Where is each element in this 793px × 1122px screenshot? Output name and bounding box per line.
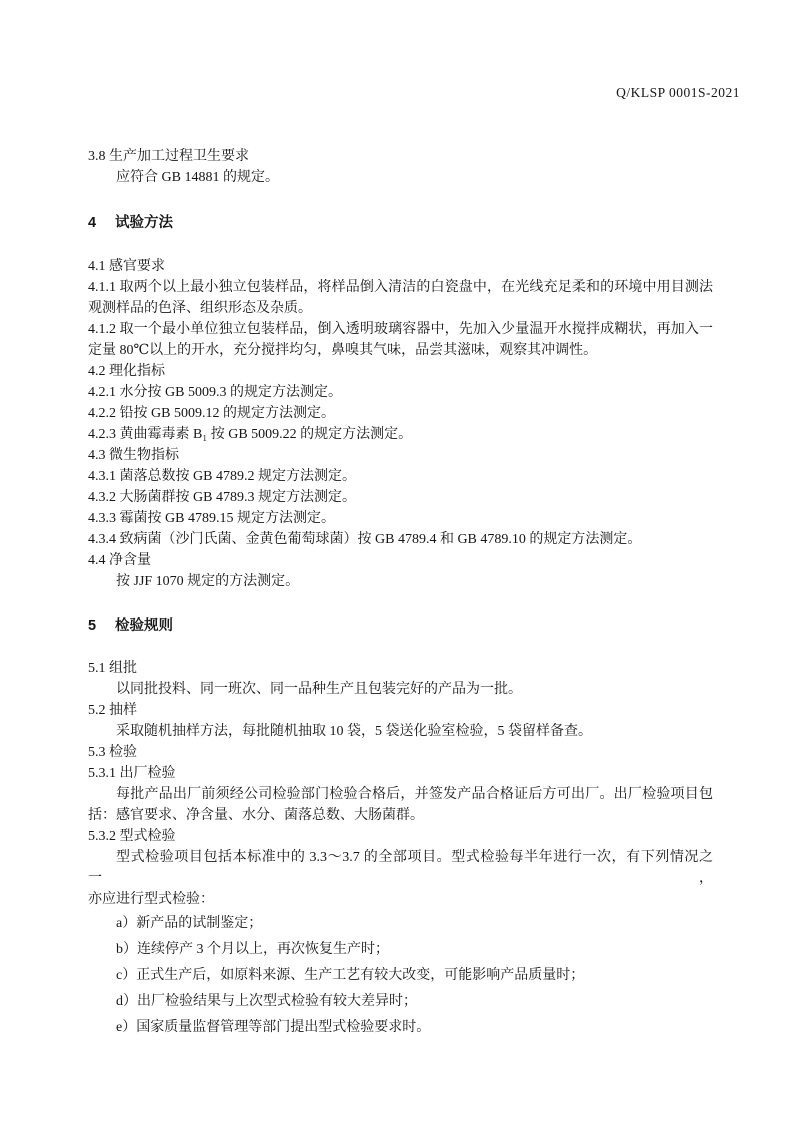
doc-line: 4.1.2 取一个最小单位独立包装样品，倒入透明玻璃容器中，先加入少量温开水搅拌… [88,319,713,340]
doc-line: 型式检验项目包括本标准中的 3.3～3.7 的全部项目。型式检验每半年进行一次，… [88,847,713,889]
section-5-heading: 5检验规则 [88,616,713,637]
clause-3-8-heading: 3.8 生产加工过程卫生要求 [88,146,713,167]
doc-line: 4.2.3 黄曲霉毒素 B₁ 按 GB 5009.22 的规定方法测定。 [88,424,713,445]
doc-line: 4.3.2 大肠菌群按 GB 4789.3 规定方法测定。 [88,487,713,508]
doc-line: 5.3.1 出厂检验 [88,763,713,784]
doc-line: 5.2 抽样 [88,700,713,721]
doc-line: 每批产品出厂前须经公司检验部门检验合格后，并签发产品合格证后方可出厂。出厂检验项… [88,784,713,805]
doc-line: 采取随机抽样方法，每批随机抽取 10 袋，5 袋送化验室检验，5 袋留样备查。 [88,721,713,742]
section-4-number: 4 [88,213,115,234]
doc-line: 4.3.4 致病菌（沙门氏菌、金黄色葡萄球菌）按 GB 4789.4 和 GB … [88,529,713,550]
doc-line: 4.4 净含量 [88,550,713,571]
doc-line: 5.3.2 型式检验 [88,826,713,847]
section-5-title: 检验规则 [115,618,173,634]
list-item: a）新产品的试制鉴定； [88,913,713,934]
doc-line: 5.3 检验 [88,742,713,763]
doc-line: 4.2.1 水分按 GB 5009.3 的规定方法测定。 [88,382,713,403]
type-inspection-condition-list: a）新产品的试制鉴定； b）连续停产 3 个月以上，再次恢复生产时； c）正式生… [88,913,713,1038]
doc-line: 4.1.1 取两个以上最小独立包装样品，将样品倒入清洁的白瓷盘中，在光线充足柔和… [88,277,713,298]
doc-line: 4.3.3 霉菌按 GB 4789.15 规定方法测定。 [88,508,713,529]
section-4-heading: 4试验方法 [88,213,713,234]
doc-line: 4.1 感官要求 [88,256,713,277]
clause-3-8-body: 应符合 GB 14881 的规定。 [88,167,713,188]
document-content: 3.8 生产加工过程卫生要求 应符合 GB 14881 的规定。 4试验方法 4… [88,146,713,1038]
doc-line: 定量 80℃以上的开水，充分搅拌均匀，鼻嗅其气味，品尝其滋味，观察其冲调性。 [88,340,713,361]
section-4-title: 试验方法 [115,215,173,231]
section-5-number: 5 [88,616,115,637]
doc-line: 4.2 理化指标 [88,361,713,382]
list-item: c）正式生产后，如原料来源、生产工艺有较大改变，可能影响产品质量时； [88,965,713,986]
doc-line: 4.2.2 铅按 GB 5009.12 的规定方法测定。 [88,403,713,424]
doc-line: 按 JJF 1070 规定的方法测定。 [88,571,713,592]
list-item: d）出厂检验结果与上次型式检验有较大差异时； [88,991,713,1012]
doc-line: 4.3.1 菌落总数按 GB 4789.2 规定方法测定。 [88,466,713,487]
document-page: Q/KLSP 0001S-2021 3.8 生产加工过程卫生要求 应符合 GB … [0,0,793,1122]
doc-line: 亦应进行型式检验： [88,889,713,910]
doc-line: 5.1 组批 [88,658,713,679]
doc-line: 观测样品的色泽、组织形态及杂质。 [88,298,713,319]
doc-line: 以同批投料、同一班次、同一品种生产且包装完好的产品为一批。 [88,679,713,700]
doc-line: 4.3 微生物指标 [88,445,713,466]
list-item: b）连续停产 3 个月以上，再次恢复生产时； [88,939,713,960]
doc-line: 括：感官要求、净含量、水分、菌落总数、大肠菌群。 [88,805,713,826]
doc-number: Q/KLSP 0001S-2021 [616,85,740,101]
list-item: e）国家质量监督管理等部门提出型式检验要求时。 [88,1017,713,1038]
